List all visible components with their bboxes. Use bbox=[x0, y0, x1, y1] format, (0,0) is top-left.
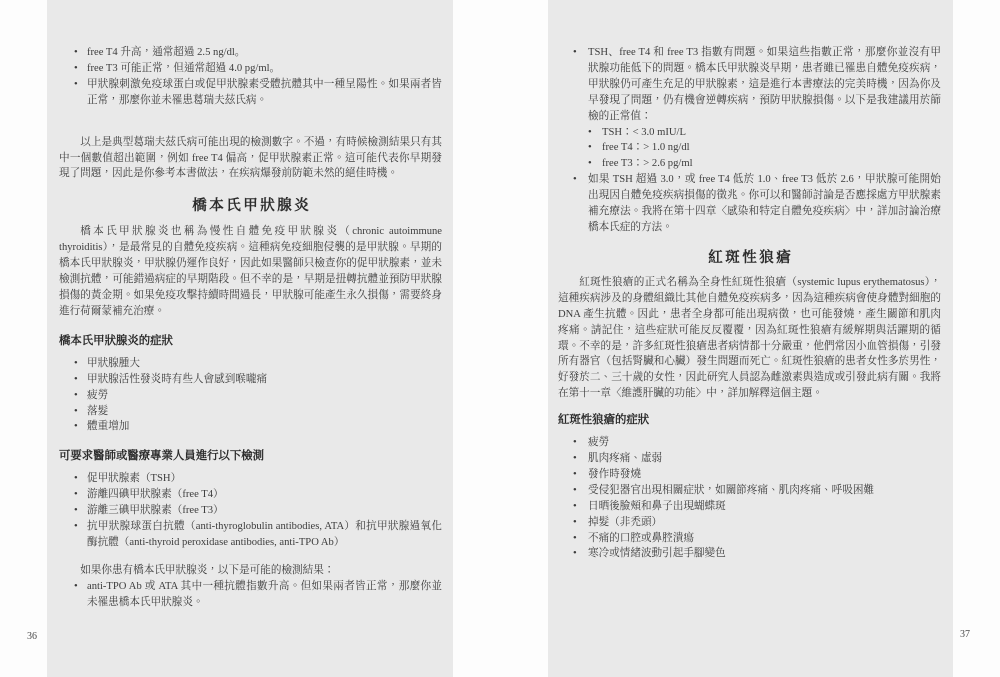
list-item: 發作時發燒 bbox=[558, 467, 941, 483]
list-item: 疲勞 bbox=[59, 388, 442, 404]
list-item: 肌肉疼痛、虛弱 bbox=[558, 451, 941, 467]
list-item: 落髮 bbox=[59, 404, 442, 420]
list-item: free T4：> 1.0 ng/dl bbox=[558, 140, 941, 156]
list-item: 受侵犯器官出現相關症狀，如關節疼痛、肌肉疼痛、呼吸困難 bbox=[558, 483, 941, 499]
thyroid-screening-list: TSH、free T4 和 free T3 指數有問題。如果這些指數正常，那麼你… bbox=[558, 45, 941, 125]
left-page: free T4 升高，通常超過 2.5 ng/dl。 free T3 可能正常，… bbox=[47, 0, 453, 677]
list-item: 游離三碘甲狀腺素（free T3） bbox=[59, 503, 442, 519]
list-item: free T4 升高，通常超過 2.5 ng/dl。 bbox=[59, 45, 442, 61]
hashimoto-symptoms-list: 甲狀腺腫大 甲狀腺活性發炎時有些人會感到喉嚨痛 疲勞 落髮 體重增加 bbox=[59, 356, 442, 436]
list-item: 抗甲狀腺球蛋白抗體（anti-thyroglobulin antibodies,… bbox=[59, 519, 442, 551]
lupus-section-heading: 紅斑性狼瘡 bbox=[558, 248, 941, 268]
hashimoto-results-intro: 如果你患有橋本氏甲狀腺炎，以下是可能的檢測結果： bbox=[59, 563, 442, 579]
lupus-intro-paragraph: 紅斑性狼瘡的正式名稱為全身性紅斑性狼瘡（systemic lupus eryth… bbox=[558, 275, 941, 402]
list-item: 甲狀腺刺激免疫球蛋白或促甲狀腺素受體抗體其中一種呈陽性。如果兩者皆正常，那麼你並… bbox=[59, 77, 442, 109]
right-page: TSH、free T4 和 free T3 指數有問題。如果這些指數正常，那麼你… bbox=[548, 0, 953, 677]
list-item: 促甲狀腺素（TSH） bbox=[59, 471, 442, 487]
screening-followup-list: 如果 TSH 超過 3.0，或 free T4 低於 1.0、free T3 低… bbox=[558, 172, 941, 236]
page-number-left: 36 bbox=[27, 631, 37, 643]
hashimoto-intro-paragraph: 橋本氏甲狀腺炎也稱為慢性自體免疫甲狀腺炎（chronic autoimmune … bbox=[59, 224, 442, 319]
lupus-symptoms-heading: 紅斑性狼瘡的症狀 bbox=[558, 412, 941, 428]
list-item: 甲狀腺腫大 bbox=[59, 356, 442, 372]
list-item: 不痛的口腔或鼻腔潰瘍 bbox=[558, 531, 941, 547]
list-item: free T3：> 2.6 pg/ml bbox=[558, 156, 941, 172]
list-item: TSH：< 3.0 mIU/L bbox=[558, 125, 941, 141]
list-item: anti-TPO Ab 或 ATA 其中一種抗體指數升高。但如果兩者皆正常，那麼… bbox=[59, 579, 442, 611]
hashimoto-symptoms-heading: 橋本氏甲狀腺炎的症狀 bbox=[59, 333, 442, 349]
list-item: 游離四碘甲狀腺素（free T4） bbox=[59, 487, 442, 503]
book-spread: free T4 升高，通常超過 2.5 ng/dl。 free T3 可能正常，… bbox=[0, 0, 1000, 677]
hashimoto-tests-list: 促甲狀腺素（TSH） 游離四碘甲狀腺素（free T4） 游離三碘甲狀腺素（fr… bbox=[59, 471, 442, 551]
list-item: free T3 可能正常，但通常超過 4.0 pg/ml。 bbox=[59, 61, 442, 77]
list-item: 日晒後臉頰和鼻子出現蝴蝶斑 bbox=[558, 499, 941, 515]
list-item: 寒冷或情緒波動引起手腳變色 bbox=[558, 546, 941, 562]
list-item: 甲狀腺活性發炎時有些人會感到喉嚨痛 bbox=[59, 372, 442, 388]
graves-test-results-list: free T4 升高，通常超過 2.5 ng/dl。 free T3 可能正常，… bbox=[59, 45, 442, 109]
hashimoto-results-list: anti-TPO Ab 或 ATA 其中一種抗體指數升高。但如果兩者皆正常，那麼… bbox=[59, 579, 442, 611]
hashimoto-section-heading: 橋本氏甲狀腺炎 bbox=[59, 196, 442, 216]
hashimoto-tests-heading: 可要求醫師或醫療專業人員進行以下檢測 bbox=[59, 448, 442, 464]
list-item: 疲勞 bbox=[558, 435, 941, 451]
lupus-symptoms-list: 疲勞 肌肉疼痛、虛弱 發作時發燒 受侵犯器官出現相關症狀，如關節疼痛、肌肉疼痛、… bbox=[558, 435, 941, 562]
list-item: 體重增加 bbox=[59, 419, 442, 435]
page-number-right: 37 bbox=[960, 629, 970, 641]
graves-summary-paragraph: 以上是典型葛瑞夫茲氏病可能出現的檢測數字。不過，有時候檢測結果只有其中一個數值超… bbox=[59, 135, 442, 183]
list-item: 如果 TSH 超過 3.0，或 free T4 低於 1.0、free T3 低… bbox=[558, 172, 941, 236]
list-item: TSH、free T4 和 free T3 指數有問題。如果這些指數正常，那麼你… bbox=[558, 45, 941, 125]
screening-normal-values-list: TSH：< 3.0 mIU/L free T4：> 1.0 ng/dl free… bbox=[558, 125, 941, 173]
list-item: 掉髮（非禿頭） bbox=[558, 515, 941, 531]
